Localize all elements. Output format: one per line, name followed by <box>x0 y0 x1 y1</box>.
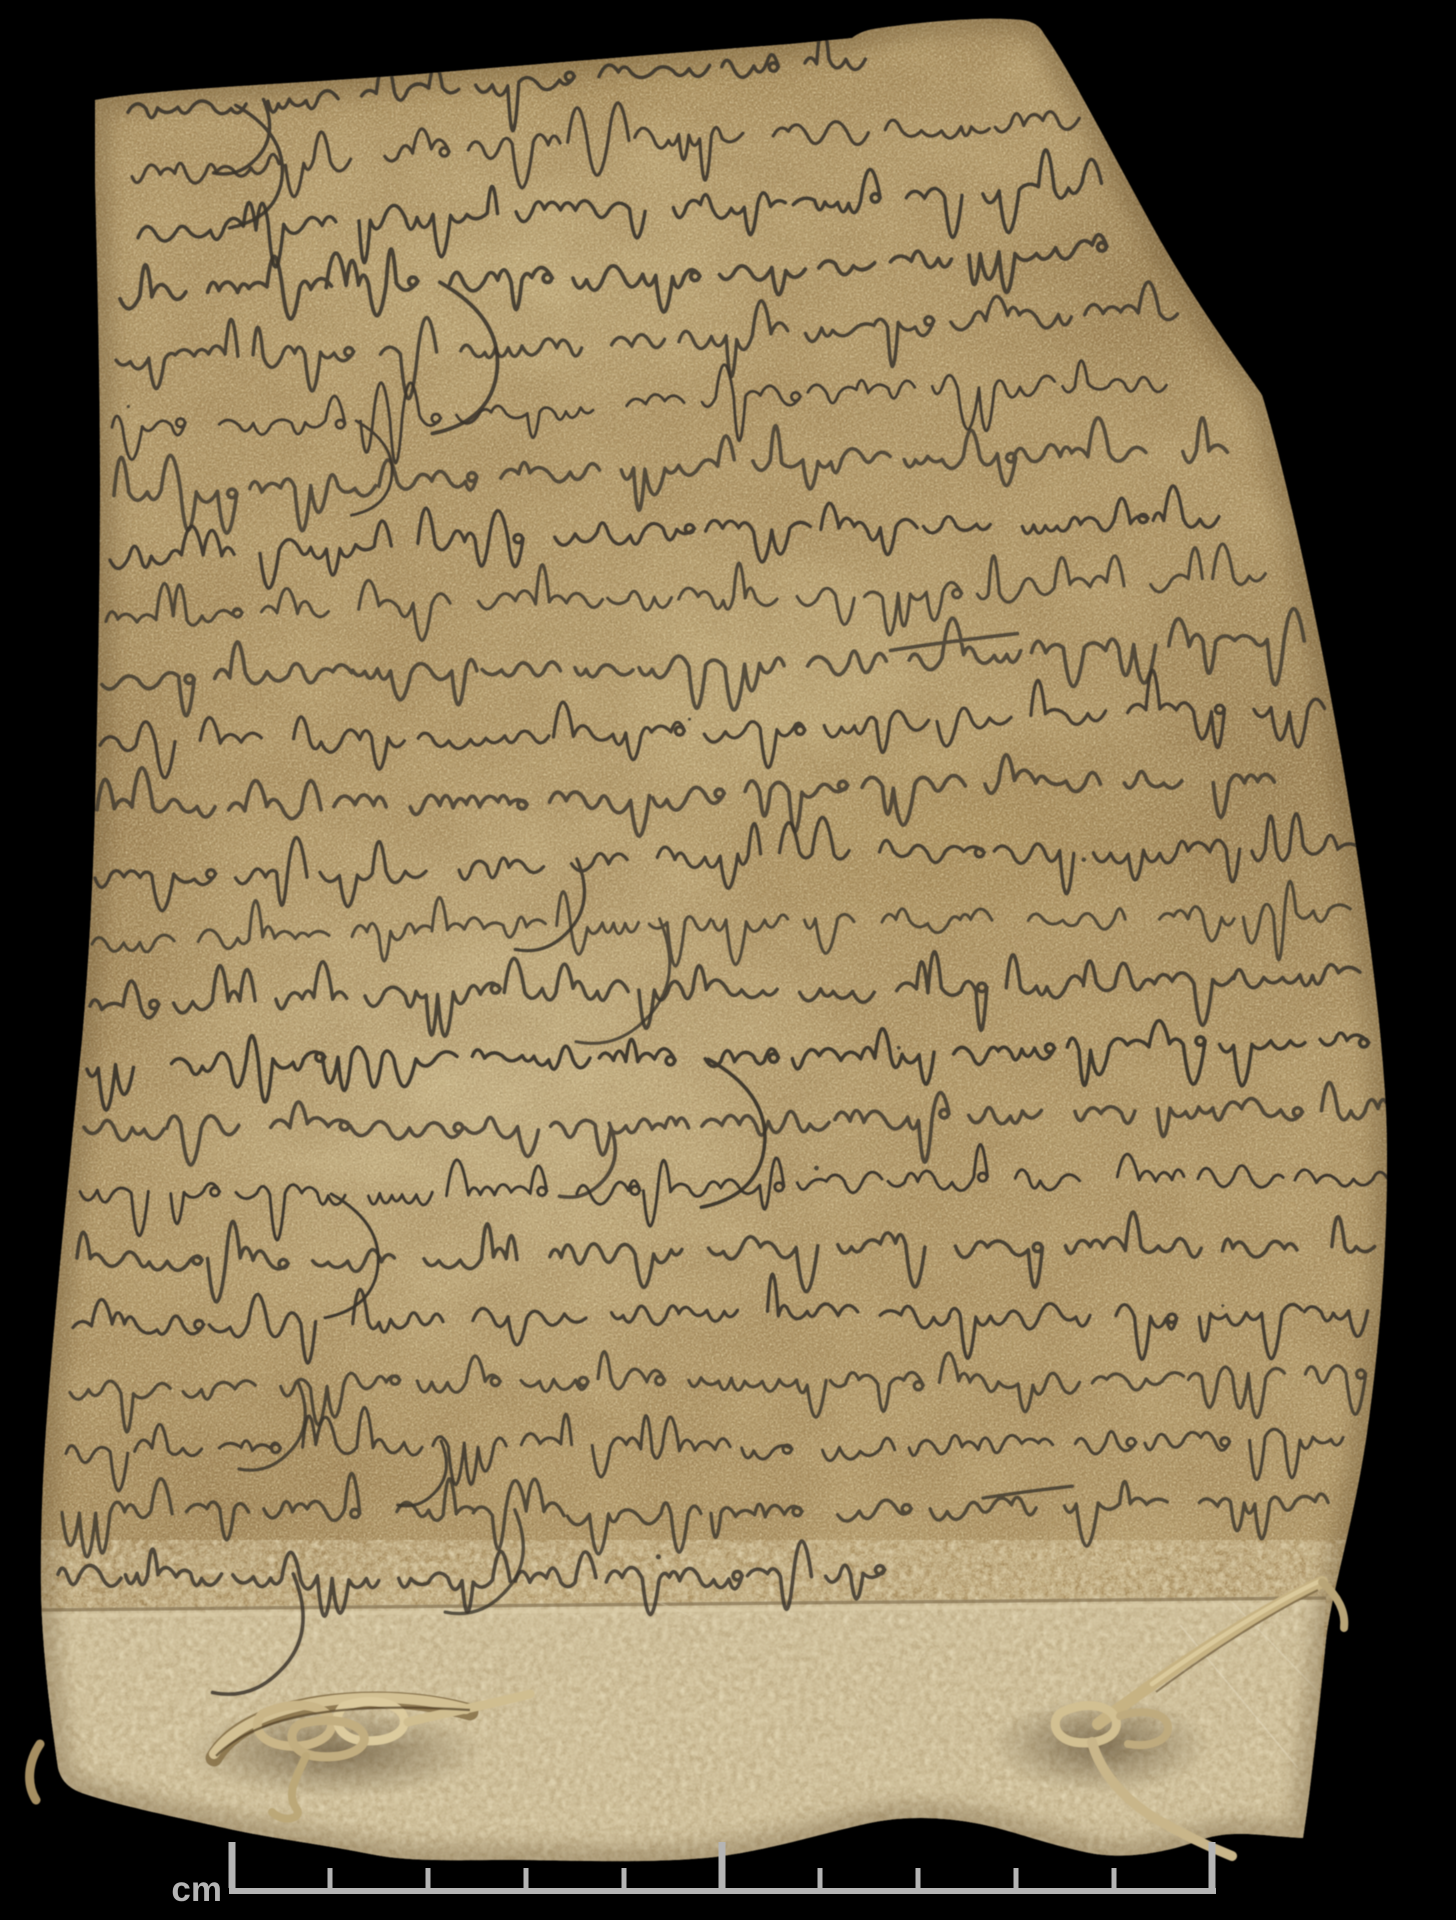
ink-dot <box>688 718 691 721</box>
scale-minor-tick <box>818 1868 823 1888</box>
ink-dot <box>1081 857 1086 862</box>
scale-major-tick <box>719 1842 726 1888</box>
scale-minor-tick <box>1112 1868 1117 1888</box>
ink-dot <box>127 405 130 408</box>
scale-minor-tick <box>622 1868 627 1888</box>
ink-dot <box>814 1166 819 1171</box>
scale-bar-label: cm <box>171 1870 222 1909</box>
manuscript-photo: cm <box>0 0 1456 1920</box>
scale-minor-tick <box>916 1868 921 1888</box>
scale-minor-tick <box>328 1868 333 1888</box>
scale-bar-baseline <box>229 1888 1216 1894</box>
scale-minor-tick <box>524 1868 529 1888</box>
ink-dot <box>656 1554 661 1559</box>
scale-minor-tick <box>426 1868 431 1888</box>
photo-canvas: cm <box>0 0 1456 1920</box>
ink-dot <box>897 1046 901 1050</box>
scale-minor-tick <box>1014 1868 1019 1888</box>
scale-major-tick <box>1209 1842 1216 1888</box>
scale-major-tick <box>229 1842 236 1888</box>
ink-dot <box>1221 1304 1224 1307</box>
